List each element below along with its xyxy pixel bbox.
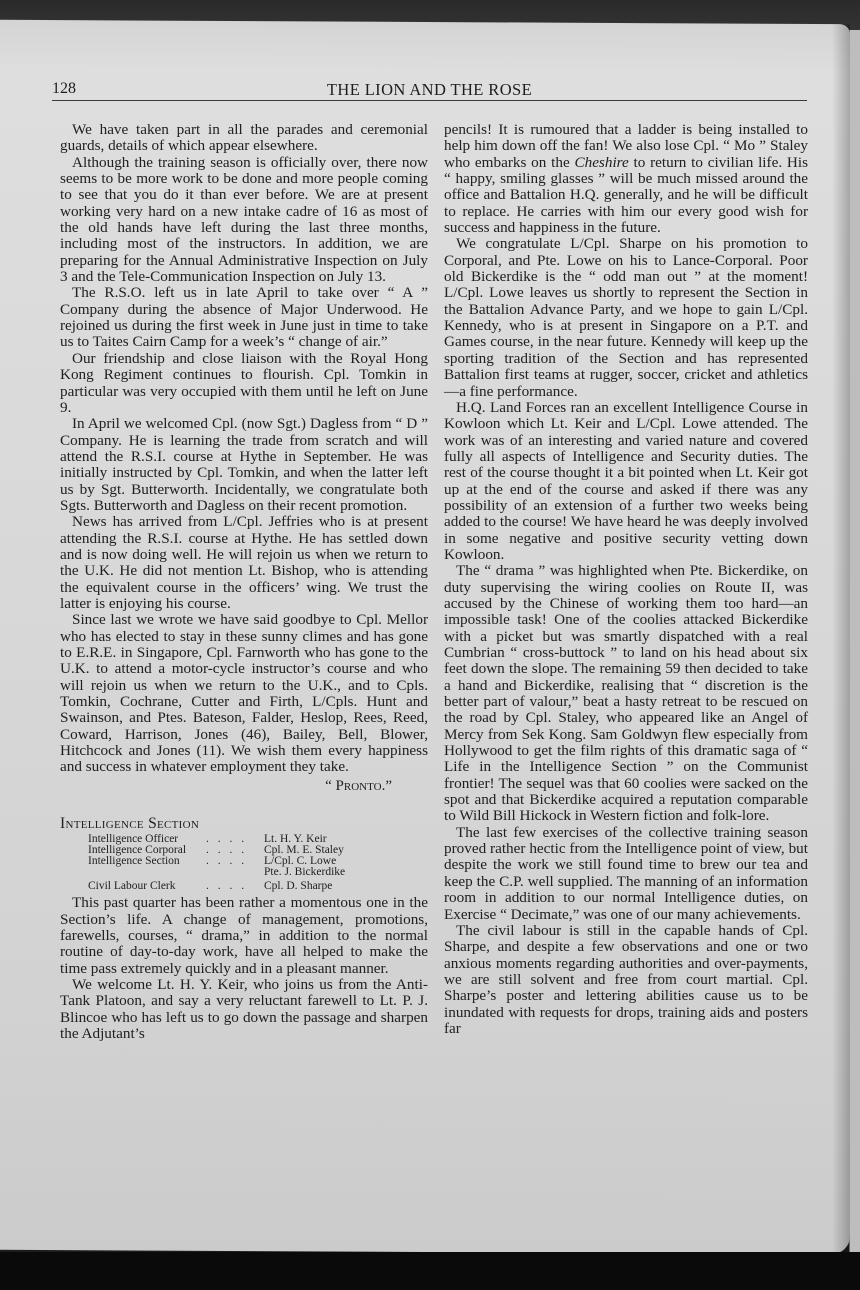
roster-name: Pte. J. Bickerdike bbox=[264, 867, 428, 878]
roster-row: Intelligence Section. . . .L/Cpl. C. Low… bbox=[88, 856, 428, 867]
paragraph: The civil labour is still in the capable… bbox=[444, 923, 808, 1037]
left-paragraphs-after: This past quarter has been rather a mome… bbox=[60, 895, 428, 1042]
left-column: We have taken part in all the parades an… bbox=[60, 122, 428, 1043]
paragraph: In April we welcomed Cpl. (now Sgt.) Dag… bbox=[60, 416, 428, 514]
roster-role: Intelligence Section bbox=[88, 856, 206, 867]
roster-table: Intelligence Officer. . . .Lt. H. Y. Kei… bbox=[88, 834, 428, 891]
roster-row: Civil Labour Clerk. . . .Cpl. D. Sharpe bbox=[88, 881, 428, 892]
facing-page-edge bbox=[849, 30, 860, 1260]
paragraph: The last few exercises of the collective… bbox=[444, 825, 808, 923]
roster-role: Civil Labour Clerk bbox=[88, 881, 206, 892]
roster-role bbox=[88, 867, 206, 878]
continuation-paragraph: pencils! It is rumoured that a ladder is… bbox=[444, 122, 808, 236]
paragraph: News has arrived from L/Cpl. Jeffries wh… bbox=[60, 514, 428, 612]
paragraph: Although the training season is official… bbox=[60, 155, 428, 286]
roster-name: Cpl. D. Sharpe bbox=[264, 881, 428, 892]
left-paragraphs-before: We have taken part in all the parades an… bbox=[60, 122, 428, 776]
paragraph: The “ drama ” was highlighted when Pte. … bbox=[444, 563, 808, 825]
paragraph: The R.S.O. left us in late April to take… bbox=[60, 285, 428, 350]
section-heading: Intelligence Section bbox=[60, 816, 428, 832]
paragraph: We have taken part in all the parades an… bbox=[60, 122, 428, 155]
paragraph: This past quarter has been rather a mome… bbox=[60, 895, 428, 977]
paragraph: We congratulate L/Cpl. Sharpe on his pro… bbox=[444, 236, 808, 399]
roster-dots bbox=[206, 867, 264, 878]
paragraph: Our friendship and close liaison with th… bbox=[60, 351, 428, 416]
running-title: THE LION AND THE ROSE bbox=[52, 80, 807, 100]
paragraph: H.Q. Land Forces ran an excellent Intell… bbox=[444, 400, 808, 563]
background-bottom bbox=[0, 1252, 860, 1290]
roster-row: Pte. J. Bickerdike bbox=[88, 867, 428, 878]
page-header: 128 THE LION AND THE ROSE bbox=[52, 78, 807, 101]
paragraph: We welcome Lt. H. Y. Keir, who joins us … bbox=[60, 977, 428, 1042]
signoff: “ Pronto.” bbox=[60, 778, 428, 794]
roster-dots: . . . . bbox=[206, 881, 264, 892]
roster-dots: . . . . bbox=[206, 856, 264, 867]
ship-name: Cheshire bbox=[574, 154, 628, 171]
right-column: pencils! It is rumoured that a ladder is… bbox=[444, 122, 808, 1037]
right-paragraphs: We congratulate L/Cpl. Sharpe on his pro… bbox=[444, 236, 808, 1037]
paragraph: Since last we wrote we have said goodbye… bbox=[60, 612, 428, 775]
